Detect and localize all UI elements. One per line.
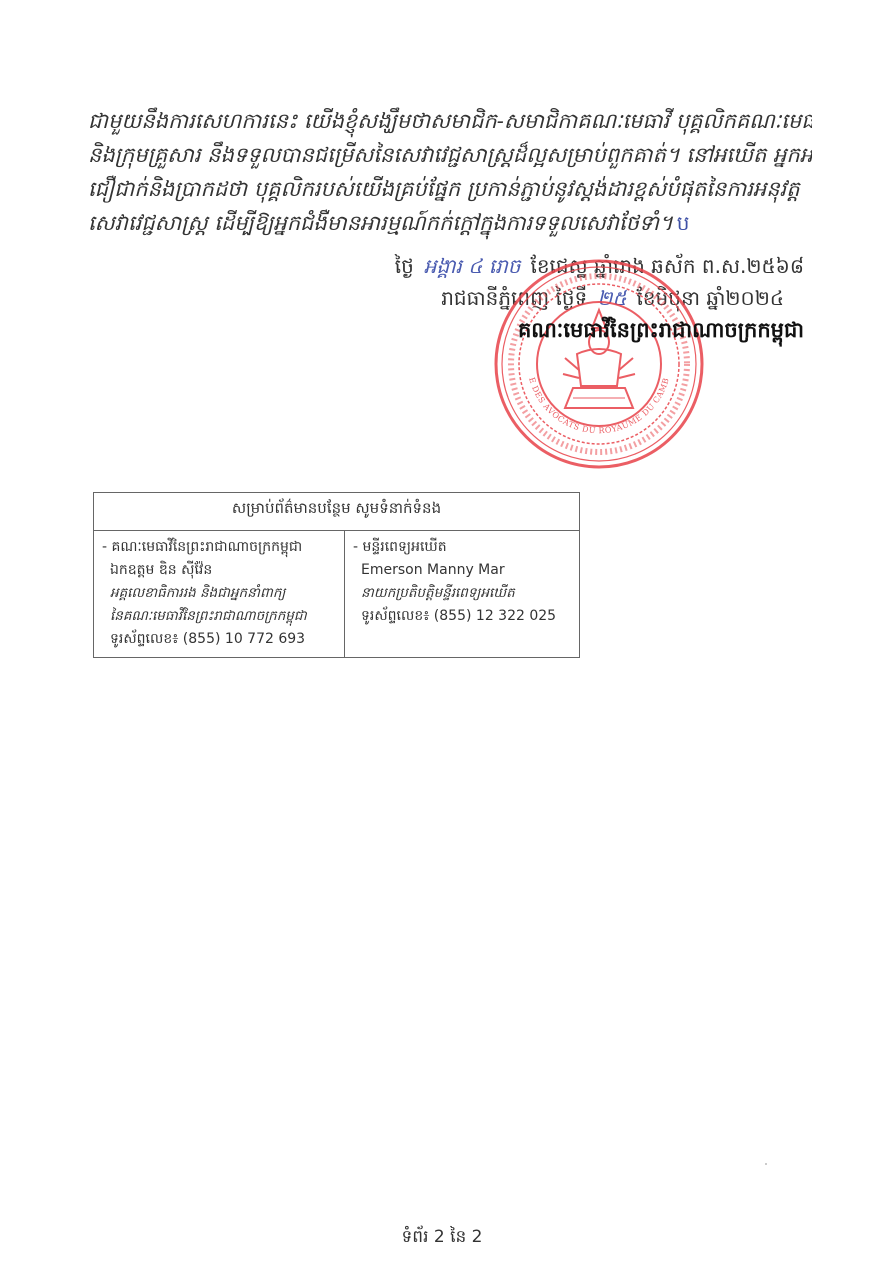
lunar-date-prefix: ថ្ងៃ <box>395 254 414 278</box>
paragraph-line: សេវាវេជ្ជសាស្ត្រ ដើម្បីឱ្យអ្នកជំងឺមានអារ… <box>88 206 812 240</box>
body-paragraph: ជាមួយនឹងការសេហការនេះ យើងខ្ញុំសង្ឃឹមថាសមា… <box>88 104 812 240</box>
contact-title: នាយកប្រតិបត្តិមន្ទីរពេទ្យអឃើត <box>353 582 573 605</box>
contact-phone: ទូរស័ព្ទលេខ៖ (855) 12 322 025 <box>353 605 573 628</box>
contact-title: អគ្គលេខាធិការរង និងជាអ្នកនាំពាក្យ <box>102 582 338 605</box>
contact-name: ឯកឧត្តម ឌិន ស៊ីវ៉ែន <box>102 559 338 582</box>
contact-hospital: - មន្ទីរពេទ្យអឃើត Emerson Manny Mar នាយក… <box>345 531 580 658</box>
signer-organization: គណៈមេធាវីនៃព្រះរាជាណាចក្រកម្ពុជា <box>395 314 804 346</box>
paragraph-line: ជាមួយនឹងការសេហការនេះ យើងខ្ញុំសង្ឃឹមថាសមា… <box>88 104 812 138</box>
page-number: ទំព័រ 2 នៃ 2 <box>0 1226 884 1251</box>
contact-phone: ទូរស័ព្ទលេខ៖ (855) 10 772 693 <box>102 628 338 651</box>
handwritten-initial: ប <box>677 206 690 240</box>
scan-speck <box>765 1163 767 1165</box>
paragraph-line: ជឿជាក់និងប្រាកដថា បុគ្គលិករបស់យើងគ្រប់ផ្… <box>88 172 812 206</box>
contact-bar-association: - គណៈមេធាវីនៃព្រះរាជាណាចក្រកម្ពុជា ឯកឧត្… <box>94 531 345 658</box>
paragraph-line-text: សេវាវេជ្ជសាស្ត្រ ដើម្បីឱ្យអ្នកជំងឺមានអារ… <box>88 211 673 235</box>
contact-org: - មន្ទីរពេទ្យអឃើត <box>353 536 573 559</box>
contact-table: សម្រាប់ព័ត៌មានបន្ថែម សូមទំនាក់ទំនង - គណៈ… <box>93 492 580 658</box>
contact-table-header: សម្រាប់ព័ត៌មានបន្ថែម សូមទំនាក់ទំនង <box>94 493 580 531</box>
contact-name: Emerson Manny Mar <box>353 559 573 582</box>
seal-stamp-icon: ORDRE DES AVOCATS DU ROYAUME DU CAMBODGE <box>493 258 705 470</box>
contact-org: - គណៈមេធាវីនៃព្រះរាជាណាចក្រកម្ពុជា <box>102 536 338 559</box>
contact-title: នៃគណៈមេធាវីនៃព្រះរាជាណាចក្រកម្ពុជា <box>102 605 338 628</box>
paragraph-line: និងក្រុមគ្រួសារ នឹងទទួលបានជម្រើសនៃសេវាវេ… <box>88 138 812 172</box>
